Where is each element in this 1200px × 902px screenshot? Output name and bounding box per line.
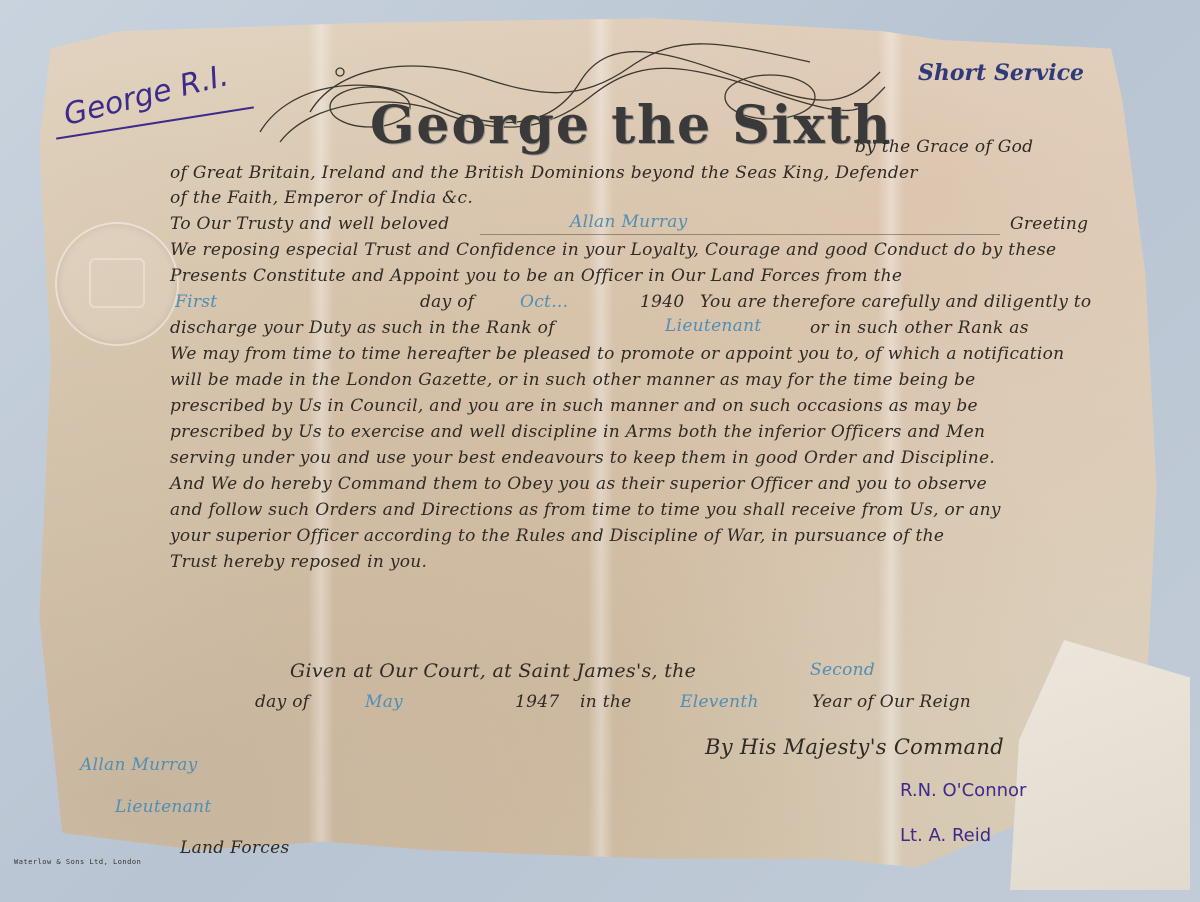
command-line: By His Majesty's Command bbox=[705, 735, 1004, 759]
body-line-6: prescribed by Us in Council, and you are… bbox=[170, 396, 978, 416]
body-line-12: Trust hereby reposed in you. bbox=[170, 552, 427, 572]
body-line-1: We reposing especial Trust and Confidenc… bbox=[170, 240, 1056, 260]
embossed-seal-icon bbox=[55, 222, 179, 346]
in-the-label: in the bbox=[580, 692, 631, 712]
footer-rank: Lieutenant bbox=[115, 797, 212, 817]
body-line-4: We may from time to time hereafter be pl… bbox=[170, 344, 1064, 364]
given-year: 1947 bbox=[515, 692, 559, 712]
day-of-label: day of bbox=[420, 292, 474, 312]
greeting: Greeting bbox=[1010, 214, 1088, 234]
service-type-stamp: Short Service bbox=[918, 60, 1084, 86]
appointment-month: Oct... bbox=[520, 292, 568, 312]
recipient-name: Allan Murray bbox=[570, 212, 688, 232]
body-line-7: prescribed by Us to exercise and well di… bbox=[170, 422, 985, 442]
reign-year: Eleventh bbox=[680, 692, 759, 712]
signature-2: Lt. A. Reid bbox=[900, 825, 991, 846]
given-month: May bbox=[365, 692, 403, 712]
body-line-9: And We do hereby Command them to Obey yo… bbox=[170, 474, 987, 494]
preamble-line-1: by the Grace of God bbox=[855, 137, 1033, 157]
preamble-line-3: of the Faith, Emperor of India &c. bbox=[170, 188, 473, 208]
body-line-11: your superior Officer according to the R… bbox=[170, 526, 944, 546]
given-day: Second bbox=[810, 660, 875, 680]
appointment-tail: You are therefore carefully and diligent… bbox=[700, 292, 1091, 312]
body-line-3: discharge your Duty as such in the Rank … bbox=[170, 318, 555, 338]
body-line-10: and follow such Orders and Directions as… bbox=[170, 500, 1001, 520]
footer-name: Allan Murray bbox=[80, 755, 198, 775]
body-line-5: will be made in the London Gazette, or i… bbox=[170, 370, 976, 390]
given-day-of-label: day of bbox=[255, 692, 309, 712]
preamble-line-2: of Great Britain, Ireland and the Britis… bbox=[170, 163, 918, 183]
body-line-2: Presents Constitute and Appoint you to b… bbox=[170, 266, 902, 286]
appointment-day: First bbox=[175, 292, 217, 312]
recipient-line bbox=[480, 214, 1000, 235]
given-prefix: Given at Our Court, at Saint James's, th… bbox=[290, 660, 696, 682]
appointment-year: 1940 bbox=[640, 292, 684, 312]
body-line-8: serving under you and use your best ende… bbox=[170, 448, 995, 468]
signature-1: R.N. O'Connor bbox=[900, 780, 1026, 801]
reign-tail: Year of Our Reign bbox=[812, 692, 971, 712]
salutation-prefix: To Our Trusty and well beloved bbox=[170, 214, 449, 234]
rank-tail: or in such other Rank as bbox=[810, 318, 1029, 338]
rank-value: Lieutenant bbox=[665, 316, 762, 336]
printer-imprint: Waterlow & Sons Ltd, London bbox=[14, 858, 141, 866]
footer-branch: Land Forces bbox=[180, 838, 290, 858]
document-title: George the Sixth bbox=[370, 95, 892, 156]
